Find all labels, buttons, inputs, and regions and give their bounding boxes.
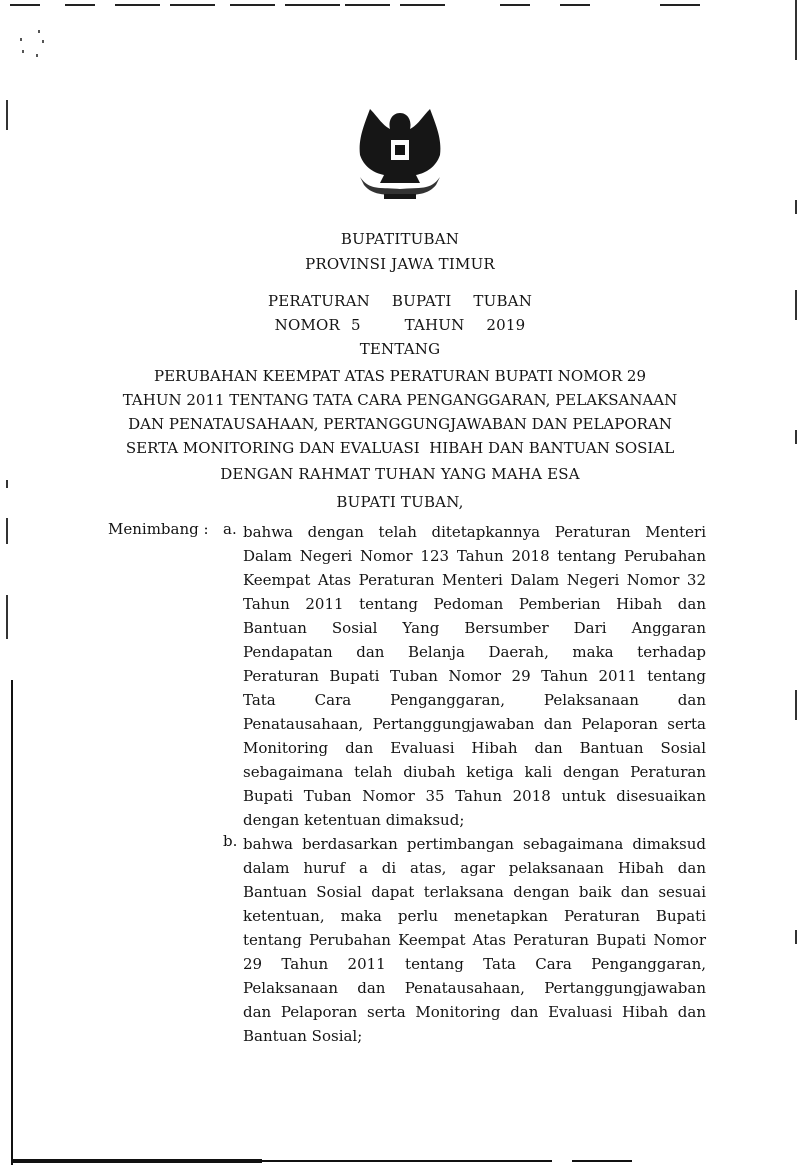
text-line: 29 Tahun 2011 tentang Tata Cara Pengangg… <box>243 952 706 976</box>
text-line: Tahun 2011 tentang Pedoman Pemberian Hib… <box>243 592 706 616</box>
title-line: TAHUN 2011 TENTANG TATA CARA PENGANGGARA… <box>110 388 690 412</box>
text-line: Dalam Negeri Nomor 123 Tahun 2018 tentan… <box>243 544 706 568</box>
regulation-name: PERATURAN BUPATI TUBAN <box>0 292 800 310</box>
about-label: TENTANG <box>0 340 800 358</box>
considerations-label: Menimbang : <box>108 520 209 538</box>
title-line: SERTA MONITORING DAN EVALUASI HIBAH DAN … <box>110 436 690 460</box>
text-line: Monitoring dan Evaluasi Hibah dan Bantua… <box>243 736 706 760</box>
text-line: sebagaimana telah diubah ketiga kali den… <box>243 760 706 784</box>
text-line: ketentuan, maka perlu menetapkan Peratur… <box>243 904 706 928</box>
text-line: Pelaksanaan dan Penatausahaan, Pertanggu… <box>243 976 706 1000</box>
text-line: Penatausahaan, Pertanggungjawaban dan Pe… <box>243 712 706 736</box>
regulation-title: PERUBAHAN KEEMPAT ATAS PERATURAN BUPATI … <box>110 364 690 460</box>
scan-edge-top <box>0 4 800 8</box>
title-line: DAN PENATAUSAHAAN, PERTANGGUNGJAWABAN DA… <box>110 412 690 436</box>
scan-edge-right <box>795 0 797 1170</box>
text-line: Bantuan Sosial Yang Bersumber Dari Angga… <box>243 616 706 640</box>
text-line: bahwa dengan telah ditetapkannya Peratur… <box>243 520 706 544</box>
text-line: Pendapatan dan Belanja Daerah, maka terh… <box>243 640 706 664</box>
item-letter: a. <box>223 520 237 538</box>
text-line: dengan ketentuan dimaksud; <box>243 808 706 832</box>
item-letter: b. <box>223 832 237 850</box>
text-line: Keempat Atas Peraturan Menteri Dalam Neg… <box>243 568 706 592</box>
item-text: bahwa dengan telah ditetapkannya Peratur… <box>243 520 706 832</box>
title-line: PERUBAHAN KEEMPAT ATAS PERATURAN BUPATI … <box>110 364 690 388</box>
scan-edge-bottom <box>12 1158 652 1164</box>
text-line: Tata Cara Penganggaran, Pelaksanaan dan <box>243 688 706 712</box>
text-line: Bantuan Sosial dapat terlaksana dengan b… <box>243 880 706 904</box>
scan-edge-left <box>6 0 9 1170</box>
scan-speckles <box>20 28 60 68</box>
item-text: bahwa berdasarkan pertimbangan sebagaima… <box>243 832 706 1048</box>
scan-edge-left-line <box>11 680 13 1165</box>
regulation-number: NOMOR 5 TAHUN 2019 <box>0 316 800 334</box>
text-line: bahwa berdasarkan pertimbangan sebagaima… <box>243 832 706 856</box>
text-line: Bantuan Sosial; <box>243 1024 706 1048</box>
authority: BUPATI TUBAN, <box>0 493 800 511</box>
preamble: DENGAN RAHMAT TUHAN YANG MAHA ESA <box>0 465 800 483</box>
text-line: dalam huruf a di atas, agar pelaksanaan … <box>243 856 706 880</box>
issuer-title: BUPATITUBAN <box>0 230 800 248</box>
text-line: Peraturan Bupati Tuban Nomor 29 Tahun 20… <box>243 664 706 688</box>
text-line: dan Pelaporan serta Monitoring dan Evalu… <box>243 1000 706 1024</box>
garuda-emblem-icon <box>340 95 460 205</box>
text-line: tentang Perubahan Keempat Atas Peraturan… <box>243 928 706 952</box>
province-title: PROVINSI JAWA TIMUR <box>0 255 800 273</box>
text-line: Bupati Tuban Nomor 35 Tahun 2018 untuk d… <box>243 784 706 808</box>
